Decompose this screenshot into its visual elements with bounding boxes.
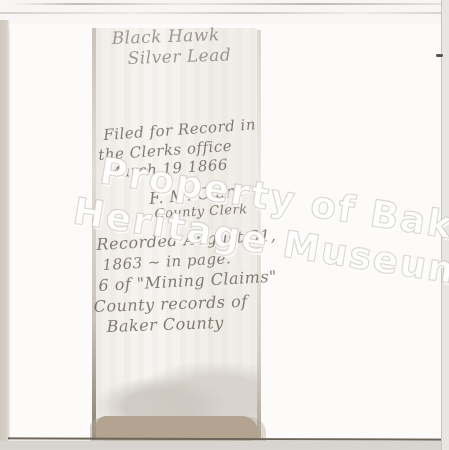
- scan-right-edge-mark: [436, 54, 443, 57]
- scan-top-edge-line-2: [0, 12, 449, 14]
- scan-top-edge-line-1: [12, 3, 442, 5]
- scanned-document: Black Hawk Silver Lead Filed for Record …: [0, 0, 449, 450]
- scan-right-band: [441, 0, 449, 450]
- handwriting-line: Silver Lead: [127, 45, 231, 69]
- center-panel-tan-stain: [96, 416, 258, 440]
- scan-bottom-band: [0, 441, 449, 450]
- paper-left-edge-strip: [0, 20, 10, 444]
